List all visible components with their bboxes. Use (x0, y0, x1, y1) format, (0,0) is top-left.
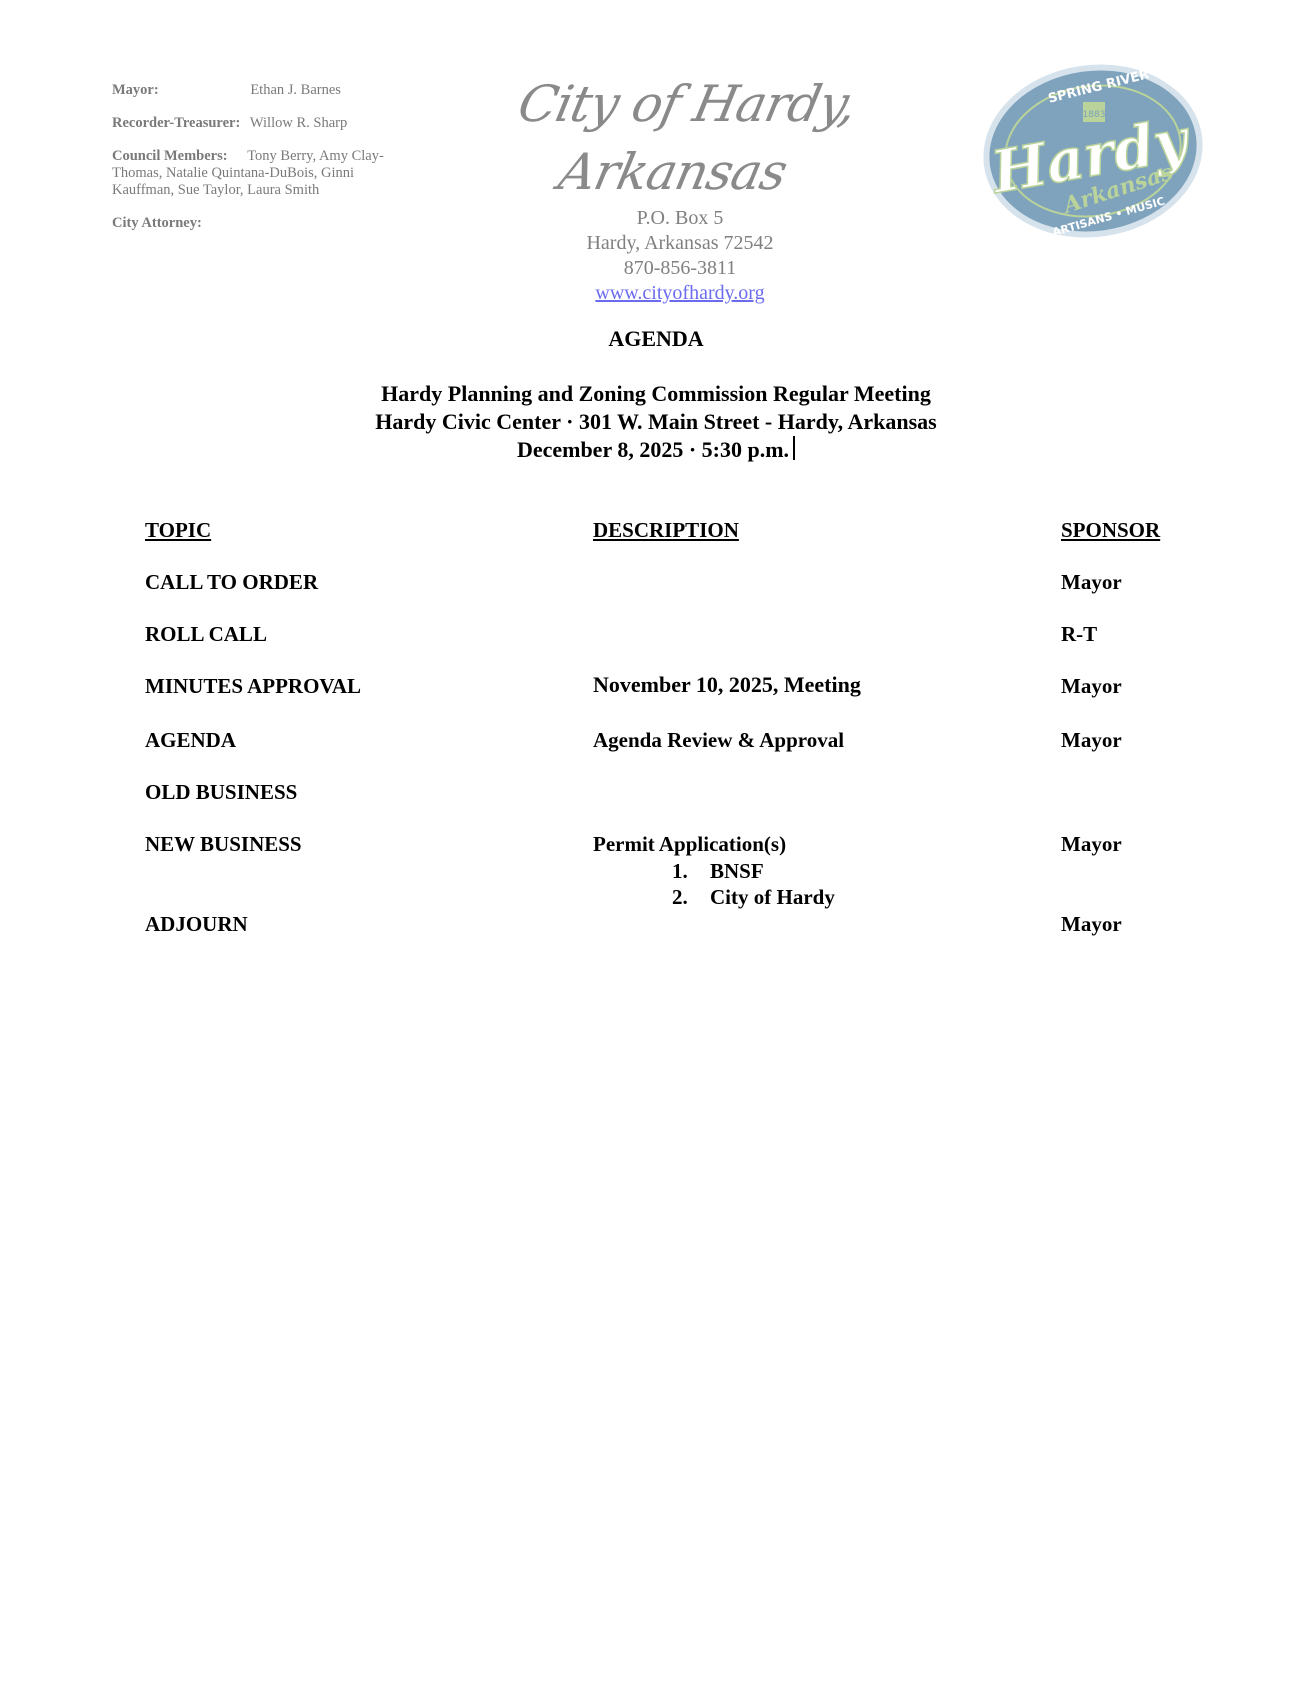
column-header-description: DESCRIPTION (593, 518, 739, 543)
official-value: Willow R. Sharp (250, 115, 347, 131)
official-label: City Attorney: (112, 215, 202, 231)
official-recorder: Recorder-Treasurer: Willow R. Sharp (112, 115, 412, 132)
subitem-number: 1. (672, 859, 710, 884)
agenda-description: November 10, 2025, Meeting (593, 672, 861, 698)
subitem-text: BNSF (710, 859, 764, 883)
agenda-topic: CALL TO ORDER (145, 570, 318, 595)
meeting-name: Hardy Planning and Zoning Commission Reg… (0, 380, 1312, 408)
agenda-sponsor: Mayor (1061, 912, 1122, 937)
official-attorney: City Attorney: (112, 215, 412, 232)
po-box: P.O. Box 5 (420, 206, 940, 231)
letterhead-center: City of Hardy, Arkansas P.O. Box 5 Hardy… (420, 70, 940, 306)
agenda-topic: OLD BUSINESS (145, 780, 297, 805)
column-header-sponsor: SPONSOR (1061, 518, 1160, 543)
city-title: City of Hardy, Arkansas (406, 70, 955, 206)
officials-list: Mayor: Ethan J. Barnes Recorder-Treasure… (112, 82, 412, 248)
subitem-text: City of Hardy (710, 885, 835, 909)
agenda-subitem: 1.BNSF (672, 859, 764, 884)
agenda-sponsor: Mayor (1061, 832, 1122, 857)
agenda-sponsor: R-T (1061, 622, 1097, 647)
agenda-topic: ADJOURN (145, 912, 248, 937)
official-council: Council Members: Tony Berry, Amy Clay-Th… (112, 148, 412, 199)
website-link[interactable]: www.cityofhardy.org (595, 282, 764, 304)
meeting-location: Hardy Civic Center · 301 W. Main Street … (0, 408, 1312, 436)
agenda-topic: NEW BUSINESS (145, 832, 302, 857)
subitem-number: 2. (672, 885, 710, 910)
agenda-title: AGENDA (0, 326, 1312, 352)
datetime-text: December 8, 2025 · 5:30 p.m. (517, 437, 789, 462)
meeting-datetime: December 8, 2025 · 5:30 p.m. (0, 436, 1312, 464)
official-mayor: Mayor: Ethan J. Barnes (112, 82, 412, 99)
text-cursor (793, 436, 795, 460)
agenda-sponsor: Mayor (1061, 728, 1122, 753)
meeting-info: Hardy Planning and Zoning Commission Reg… (0, 380, 1312, 464)
agenda-description: Permit Application(s) (593, 832, 786, 857)
city-state-zip: Hardy, Arkansas 72542 (420, 231, 940, 256)
agenda-topic: AGENDA (145, 728, 236, 753)
agenda-topic: MINUTES APPROVAL (145, 674, 361, 699)
agenda-sponsor: Mayor (1061, 674, 1122, 699)
agenda-topic: ROLL CALL (145, 622, 267, 647)
column-header-topic: TOPIC (145, 518, 211, 543)
agenda-sponsor: Mayor (1061, 570, 1122, 595)
official-label: Mayor: (112, 82, 159, 98)
agenda-description: Agenda Review & Approval (593, 728, 844, 753)
phone: 870-856-3811 (420, 256, 940, 281)
hardy-logo: SPRING RIVER 1883 Hardy Arkansas ARTISAN… (978, 58, 1208, 244)
official-label: Council Members: (112, 148, 228, 164)
official-value: Ethan J. Barnes (250, 82, 341, 98)
agenda-subitem: 2.City of Hardy (672, 885, 835, 910)
official-label: Recorder-Treasurer: (112, 115, 240, 131)
